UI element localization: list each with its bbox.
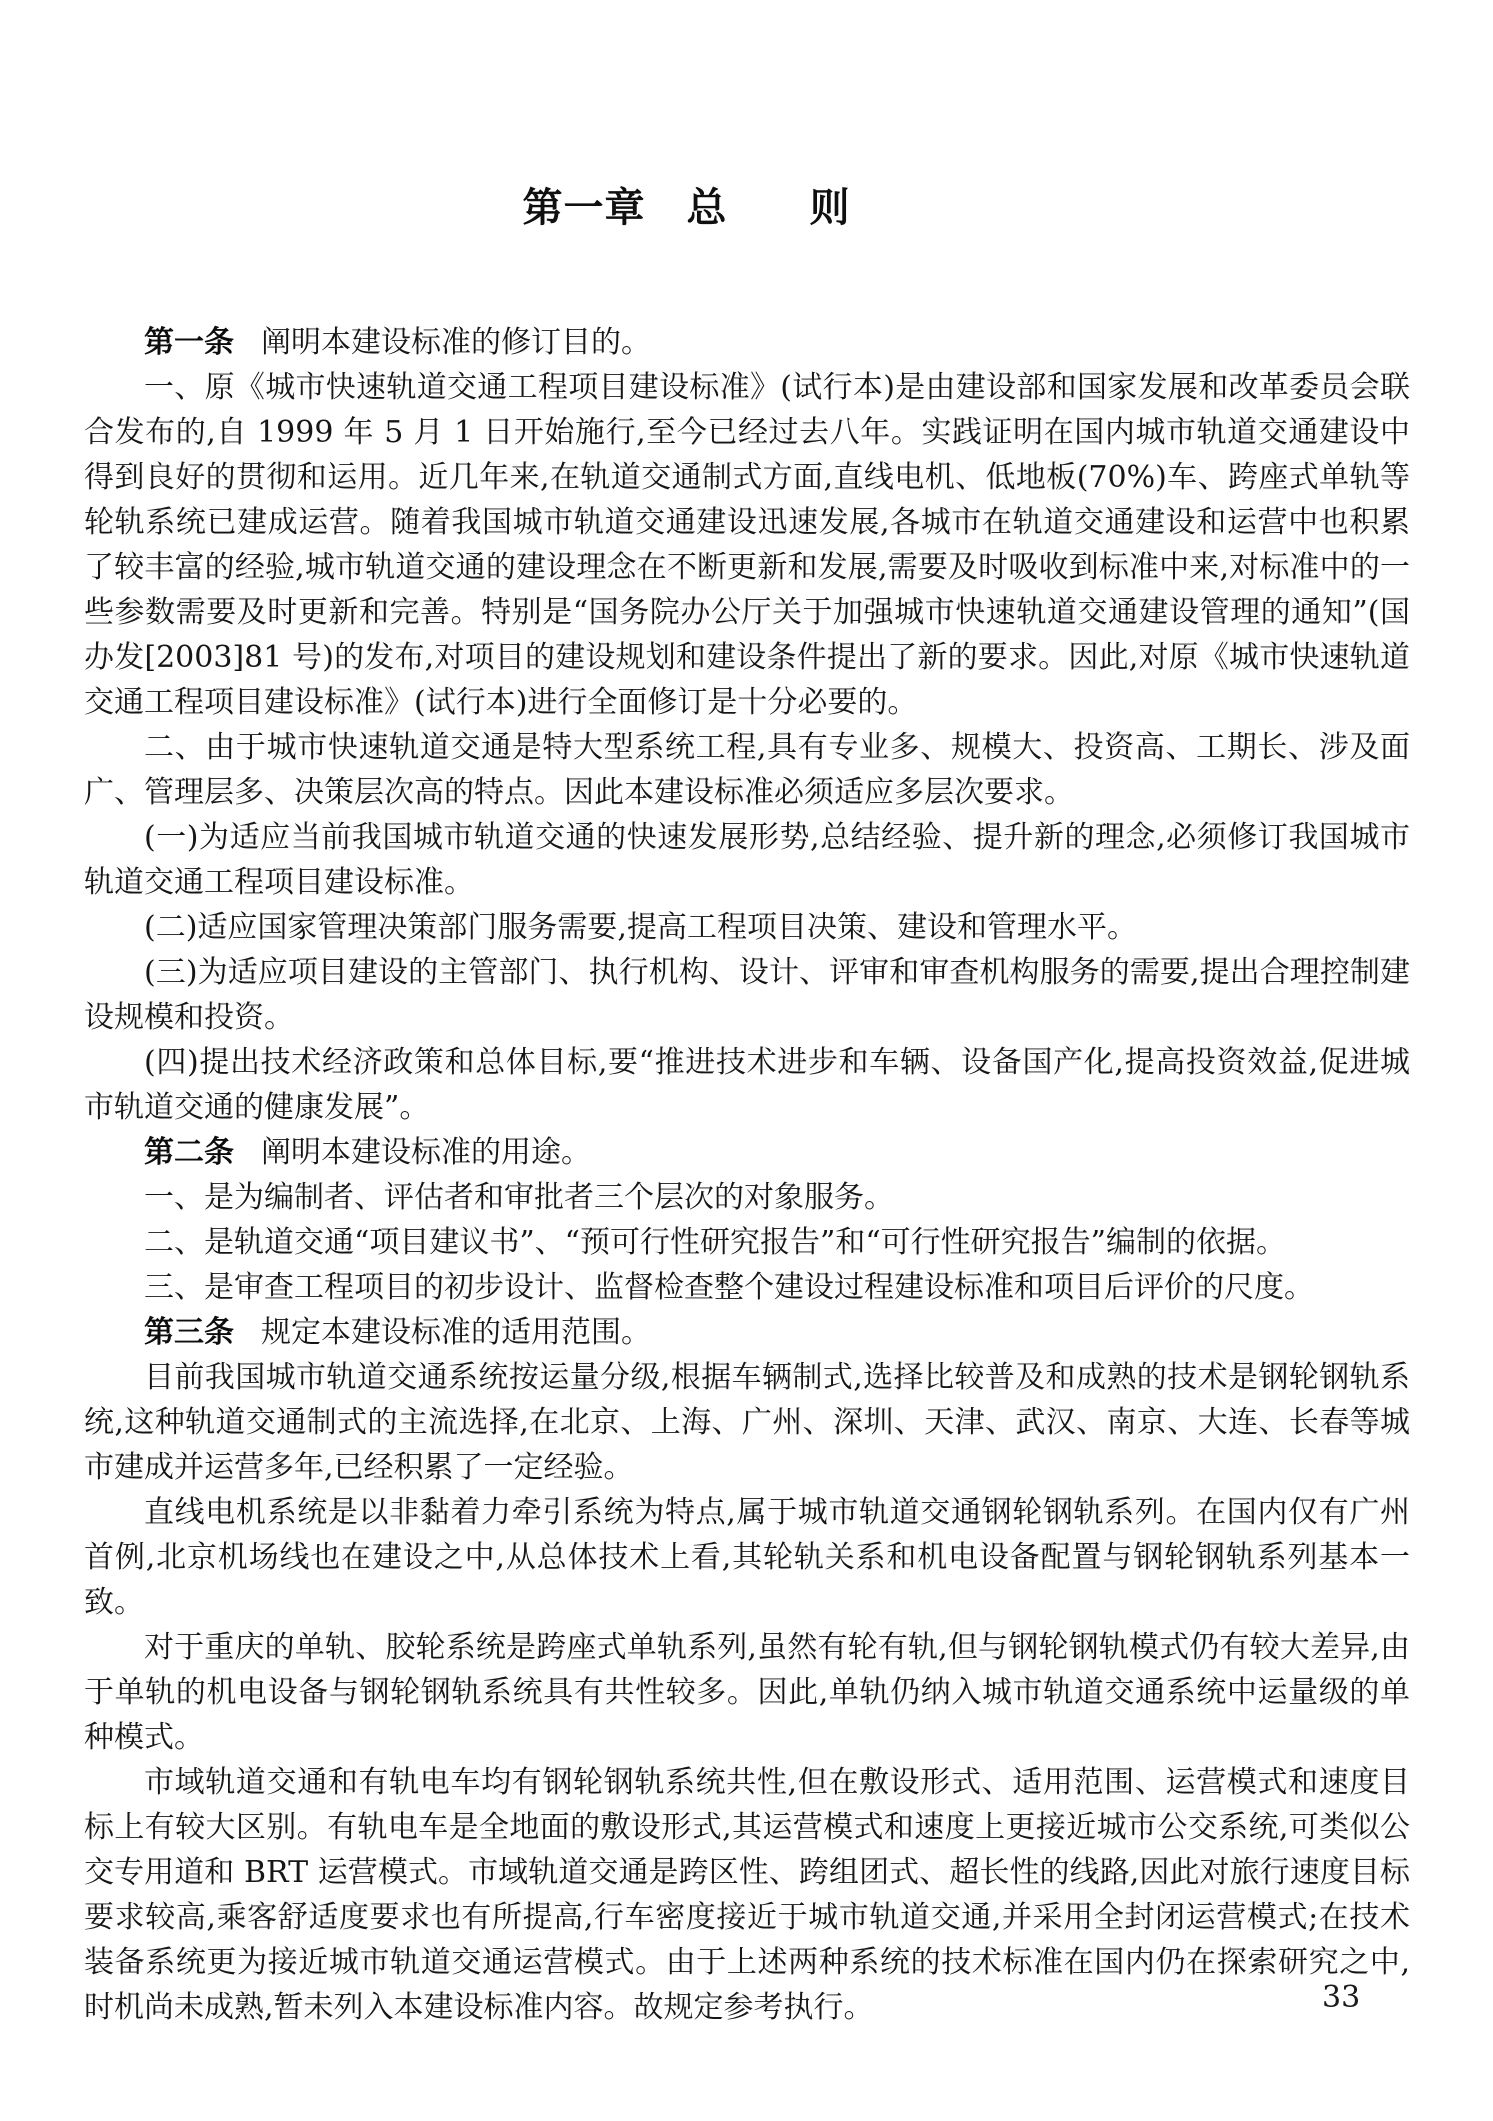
article-heading: 第三条 [144,1315,234,1350]
article-heading: 第二条 [144,1135,234,1170]
paragraph-text: (三)为适应项目建设的主管部门、执行机构、设计、评审和审查机构服务的需要,提出合… [84,955,1410,1035]
page-number: 33 [1322,1981,1360,2015]
paragraph-text: 直线电机系统是以非黏着力牵引系统为特点,属于城市轨道交通钢轮钢轨系列。在国内仅有… [84,1495,1410,1620]
paragraph: 一、是为编制者、评估者和审批者三个层次的对象服务。 [84,1175,1410,1220]
paragraph: 市域轨道交通和有轨电车均有钢轮钢轨系统共性,但在敷设形式、适用范围、运营模式和速… [84,1760,1410,2030]
paragraph-text: 一、是为编制者、评估者和审批者三个层次的对象服务。 [144,1180,894,1215]
paragraph-text: 二、是轨道交通“项目建议书”、“预可行性研究报告”和“可行性研究报告”编制的依据… [144,1225,1286,1260]
paragraph: (三)为适应项目建设的主管部门、执行机构、设计、评审和审查机构服务的需要,提出合… [84,950,1410,1040]
paragraph-text: 规定本建设标准的适用范围。 [261,1315,651,1350]
paragraph: (二)适应国家管理决策部门服务需要,提高工程项目决策、建设和管理水平。 [84,905,1410,950]
document-body: 第一条阐明本建设标准的修订目的。一、原《城市快速轨道交通工程项目建设标准》(试行… [84,320,1410,2030]
paragraph-text: 市域轨道交通和有轨电车均有钢轮钢轨系统共性,但在敷设形式、适用范围、运营模式和速… [84,1765,1410,2025]
paragraph: (四)提出技术经济政策和总体目标,要“推进技术进步和车辆、设备国产化,提高投资效… [84,1040,1410,1130]
paragraph: 三、是审查工程项目的初步设计、监督检查整个建设过程建设标准和项目后评价的尺度。 [84,1265,1410,1310]
paragraph: 第一条阐明本建设标准的修订目的。 [84,320,1410,365]
paragraph-text: 一、原《城市快速轨道交通工程项目建设标准》(试行本)是由建设部和国家发展和改革委… [84,370,1410,720]
paragraph: 目前我国城市轨道交通系统按运量分级,根据车辆制式,选择比较普及和成熟的技术是钢轮… [84,1355,1410,1490]
paragraph-text: 阐明本建设标准的修订目的。 [261,325,651,360]
paragraph: 第二条阐明本建设标准的用途。 [84,1130,1410,1175]
paragraph-text: (二)适应国家管理决策部门服务需要,提高工程项目决策、建设和管理水平。 [144,910,1137,945]
paragraph: 二、由于城市快速轨道交通是特大型系统工程,具有专业多、规模大、投资高、工期长、涉… [84,725,1410,815]
article-heading: 第一条 [144,325,234,360]
paragraph: 一、原《城市快速轨道交通工程项目建设标准》(试行本)是由建设部和国家发展和改革委… [84,365,1410,725]
paragraph-text: 对于重庆的单轨、胶轮系统是跨座式单轨系列,虽然有轮有轨,但与钢轮钢轨模式仍有较大… [84,1630,1410,1755]
paragraph-text: 三、是审查工程项目的初步设计、监督检查整个建设过程建设标准和项目后评价的尺度。 [144,1270,1314,1305]
paragraph: 第三条规定本建设标准的适用范围。 [84,1310,1410,1355]
paragraph-text: (一)为适应当前我国城市轨道交通的快速发展形势,总结经验、提升新的理念,必须修订… [84,820,1410,900]
paragraph: 直线电机系统是以非黏着力牵引系统为特点,属于城市轨道交通钢轮钢轨系列。在国内仅有… [84,1490,1410,1625]
paragraph-text: 目前我国城市轨道交通系统按运量分级,根据车辆制式,选择比较普及和成熟的技术是钢轮… [84,1360,1410,1485]
chapter-title: 第一章 总 则 [0,0,1493,230]
document-page: 第一章 总 则 第一条阐明本建设标准的修订目的。一、原《城市快速轨道交通工程项目… [0,0,1493,2121]
paragraph-text: 阐明本建设标准的用途。 [261,1135,591,1170]
paragraph: 二、是轨道交通“项目建议书”、“预可行性研究报告”和“可行性研究报告”编制的依据… [84,1220,1410,1265]
paragraph-text: (四)提出技术经济政策和总体目标,要“推进技术进步和车辆、设备国产化,提高投资效… [84,1045,1410,1125]
paragraph: (一)为适应当前我国城市轨道交通的快速发展形势,总结经验、提升新的理念,必须修订… [84,815,1410,905]
paragraph: 对于重庆的单轨、胶轮系统是跨座式单轨系列,虽然有轮有轨,但与钢轮钢轨模式仍有较大… [84,1625,1410,1760]
paragraph-text: 二、由于城市快速轨道交通是特大型系统工程,具有专业多、规模大、投资高、工期长、涉… [84,730,1410,810]
